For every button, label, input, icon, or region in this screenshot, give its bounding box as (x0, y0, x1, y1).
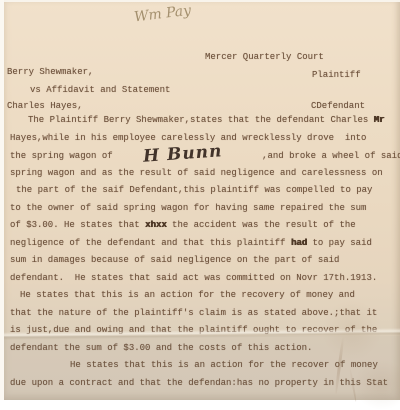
line-text: to the owner of said spring wagon for ha… (10, 203, 366, 213)
line-text: had (291, 238, 307, 248)
document-line: to the owner of said spring wagon for ha… (10, 200, 400, 218)
defendant-label: CDefendant (311, 100, 365, 112)
line-text: He states that this is an action for the… (20, 290, 355, 300)
plaintiff-name: Berry Shewmaker, (7, 66, 93, 78)
plaintiff-label: Plaintiff (312, 69, 361, 81)
line-text: The Plaintiff Berry Shewmaker,states tha… (28, 115, 374, 125)
line-text: the spring wagon of (10, 151, 113, 161)
line-text: to pay said (307, 238, 372, 248)
line-text: spring wagon and as the result of said n… (10, 168, 383, 178)
document-line: the part of the saif Defendant,this plai… (10, 182, 400, 200)
pencil-annotation: Wm Pay (133, 3, 192, 26)
court-title: Mercer Quarterly Court (205, 51, 324, 63)
line-text: negligence of the defendant and that thi… (10, 238, 291, 248)
line-text: Hayes,while in his employee carelessly a… (10, 133, 366, 143)
line-text: the accident was the result of the (167, 220, 356, 230)
line-text: the part of the saif Defendant,this plai… (16, 185, 372, 195)
document-line: negligence of the defendant and that thi… (10, 235, 400, 253)
paper-background: Wm Pay Mercer Quarterly Court Berry Shew… (4, 0, 400, 400)
paper-stain (322, 300, 382, 360)
case-vs-line: vs Affidavit and Statement (30, 84, 170, 96)
document-line: the spring wagon ofH Bunn,and broke a wh… (10, 147, 400, 165)
line-text: ,and broke a wheel of said (262, 151, 400, 161)
document-line: spring wagon and as the result of said n… (10, 165, 400, 183)
document-line: sum in damages because of said negligenc… (10, 252, 400, 270)
document-line: of $3.00. He states that xhxx the accide… (10, 217, 400, 235)
defendant-name: Charles Hayes, (7, 100, 83, 112)
scanned-document: Wm Pay Mercer Quarterly Court Berry Shew… (0, 0, 400, 400)
line-text: sum in damages because of said negligenc… (10, 255, 339, 265)
paper-stain (354, 360, 400, 400)
line-text: defendant. He states that said act was c… (10, 273, 377, 283)
line-text: Mr (374, 115, 385, 125)
document-line: defendant. He states that said act was c… (10, 270, 400, 288)
scan-edge-top (4, 0, 400, 2)
scan-edge-left (0, 0, 4, 400)
line-text: xhxx (145, 220, 167, 230)
document-line: The Plaintiff Berry Shewmaker,states tha… (10, 112, 400, 130)
line-text: of $3.00. He states that (10, 220, 145, 230)
inline-signature: H Bunn (142, 145, 222, 163)
